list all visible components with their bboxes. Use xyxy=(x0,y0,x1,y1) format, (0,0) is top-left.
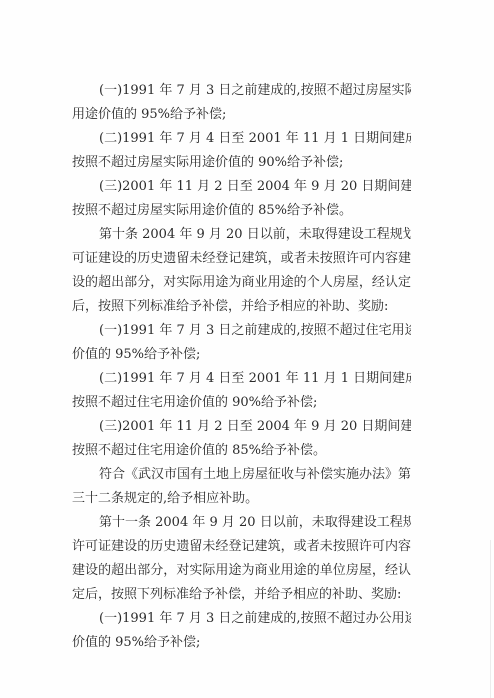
text-line: 价值的 95%给予补偿; xyxy=(72,631,411,655)
text-line: 许可证建设的历史遗留未经登记建筑，或者未按照许可内容 xyxy=(72,535,411,559)
text-line: 建设的超出部分，对实际用途为商业用途的单位房屋，经认 xyxy=(72,559,411,583)
text-line: (三)2001 年 11 月 2 日至 2004 年 9 月 20 日期间建成的… xyxy=(72,415,411,439)
text-line: (三)2001 年 11 月 2 日至 2004 年 9 月 20 日期间建成的… xyxy=(72,175,411,199)
paragraph-article-10-item-3: (三)2001 年 11 月 2 日至 2004 年 9 月 20 日期间建成的… xyxy=(72,415,411,463)
text-line: 按照不超过住宅用途价值的 90%给予补偿; xyxy=(72,391,411,415)
text-line: (二)1991 年 7 月 4 日至 2001 年 11 月 1 日期间建成的, xyxy=(72,127,411,151)
text-line: (二)1991 年 7 月 4 日至 2001 年 11 月 1 日期间建成的, xyxy=(72,367,411,391)
text-line: 按照不超过房屋实际用途价值的 85%给予补偿。 xyxy=(72,199,411,223)
text-line: 按照不超过房屋实际用途价值的 90%给予补偿; xyxy=(72,151,411,175)
paragraph-article-10: 第十条 2004 年 9 月 20 日以前，未取得建设工程规划许 可证建设的历史… xyxy=(72,223,411,319)
document-page: (一)1991 年 7 月 3 日之前建成的,按照不超过房屋实际 用途价值的 9… xyxy=(0,0,494,698)
paragraph-article-11-item-1: (一)1991 年 7 月 3 日之前建成的,按照不超过办公用途 价值的 95%… xyxy=(72,607,411,655)
text-line: 价值的 95%给予补偿; xyxy=(72,343,411,367)
text-line: 可证建设的历史遗留未经登记建筑，或者未按照许可内容建 xyxy=(72,247,411,271)
text-line: 用途价值的 95%给予补偿; xyxy=(72,103,411,127)
page-edge-shadow xyxy=(490,540,491,698)
text-line: 第十一条 2004 年 9 月 20 日以前，未取得建设工程规划 xyxy=(72,511,411,535)
text-line: (一)1991 年 7 月 3 日之前建成的,按照不超过房屋实际 xyxy=(72,79,411,103)
text-line: 三十二条规定的,给予相应补助。 xyxy=(72,487,411,511)
text-line: 后，按照下列标准给予补偿，并给予相应的补助、奖励: xyxy=(72,295,411,319)
paragraph-article-10-subsidy: 符合《武汉市国有土地上房屋征收与补偿实施办法》第 三十二条规定的,给予相应补助。 xyxy=(72,463,411,511)
text-line: 按照不超过住宅用途价值的 85%给予补偿。 xyxy=(72,439,411,463)
paragraph-article-10-item-1: (一)1991 年 7 月 3 日之前建成的,按照不超过住宅用途 价值的 95%… xyxy=(72,319,411,367)
paragraph-clause-1-item-2: (二)1991 年 7 月 4 日至 2001 年 11 月 1 日期间建成的,… xyxy=(72,127,411,175)
text-line: (一)1991 年 7 月 3 日之前建成的,按照不超过办公用途 xyxy=(72,607,411,631)
paragraph-clause-1-item-3: (三)2001 年 11 月 2 日至 2004 年 9 月 20 日期间建成的… xyxy=(72,175,411,223)
text-line: (一)1991 年 7 月 3 日之前建成的,按照不超过住宅用途 xyxy=(72,319,411,343)
text-line: 定后，按照下列标准给予补偿，并给予相应的补助、奖励: xyxy=(72,583,411,607)
document-body: (一)1991 年 7 月 3 日之前建成的,按照不超过房屋实际 用途价值的 9… xyxy=(72,79,411,655)
paragraph-article-10-item-2: (二)1991 年 7 月 4 日至 2001 年 11 月 1 日期间建成的,… xyxy=(72,367,411,415)
text-line: 设的超出部分，对实际用途为商业用途的个人房屋，经认定 xyxy=(72,271,411,295)
paragraph-article-11: 第十一条 2004 年 9 月 20 日以前，未取得建设工程规划 许可证建设的历… xyxy=(72,511,411,607)
text-line: 第十条 2004 年 9 月 20 日以前，未取得建设工程规划许 xyxy=(72,223,411,247)
text-line: 符合《武汉市国有土地上房屋征收与补偿实施办法》第 xyxy=(72,463,411,487)
paragraph-clause-1-item-1: (一)1991 年 7 月 3 日之前建成的,按照不超过房屋实际 用途价值的 9… xyxy=(72,79,411,127)
